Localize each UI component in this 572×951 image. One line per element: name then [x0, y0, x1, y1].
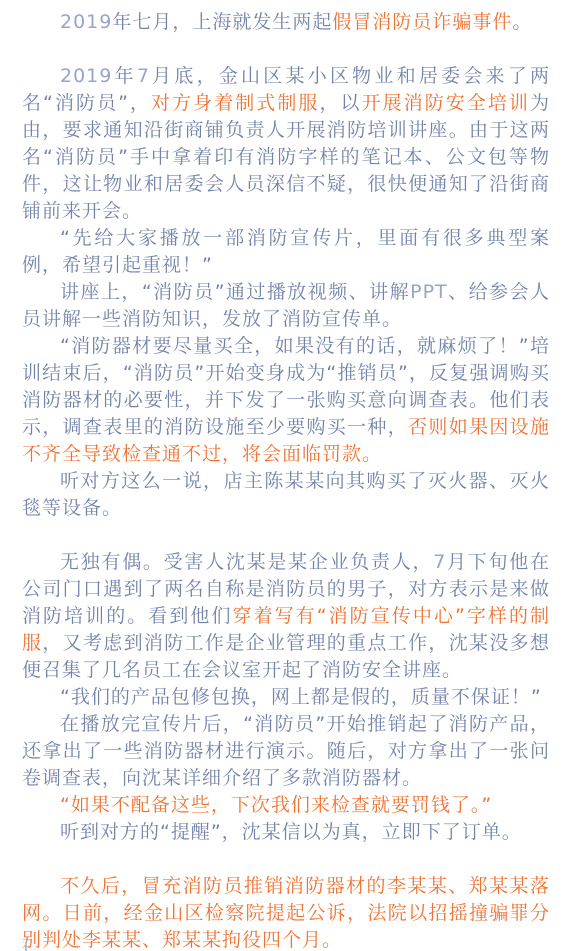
text-segment: 7 — [137, 65, 150, 87]
paragraph-7: 听对方这么一说，店主陈某某向其购买了灭火器、灭火毯等设备。 — [22, 468, 550, 522]
paragraph-13: 听到对方的“提醒”，沈某信以为真，立即下了订单。 — [22, 819, 550, 846]
text-segment: 7 — [433, 551, 446, 573]
text-segment: 在播放完宣传片后，“消防员”开始推销起了消防产品，还拿出了一些消防器材进行演示。… — [22, 713, 550, 789]
paragraph-10: “我们的产品包修包换，网上都是假的，质量不保证！” — [22, 684, 550, 711]
text-segment: “我们的产品包修包换，网上都是假的，质量不保证！” — [60, 686, 542, 708]
paragraph-spacer — [22, 36, 550, 63]
paragraph-9: 无独有偶。受害人沈某是某企业负责人，7月下旬他在公司门口遇到了两名自称是消防员的… — [22, 549, 550, 684]
article-page: 2019年七月，上海就发生两起假冒消防员诈骗事件。2019年7月底，金山区某小区… — [0, 0, 572, 951]
text-segment: 年 — [112, 65, 136, 87]
text-segment: ，以 — [319, 92, 361, 114]
paragraph-11: 在播放完宣传片后，“消防员”开始推销起了消防产品，还拿出了一些消防器材进行演示。… — [22, 711, 550, 792]
paragraph-5: 讲座上，“消防员”通过播放视频、讲解PPT、给参会人员讲解一些消防知识，发放了消… — [22, 279, 550, 333]
paragraph-12: “如果不配备这些，下次我们来检查就要罚钱了。” — [22, 792, 550, 819]
text-segment: 年七月，上海就发生两起 — [112, 11, 332, 33]
text-segment: 。 — [512, 11, 532, 33]
text-segment: 无独有偶。受害人沈某是某企业负责人， — [60, 551, 433, 573]
text-segment: 听到对方的“提醒”，沈某信以为真，立即下了订单。 — [60, 821, 522, 843]
text-segment: ，又考虑到消防工作是企业管理的重点工作，沈某没多想便召集了几名员工在会议室开起了… — [22, 632, 550, 681]
text-segment: 2019 — [60, 11, 112, 33]
paragraph-spacer — [22, 846, 550, 873]
highlight-segment: 不久后，冒充消防员推销消防器材的李某某、郑某某落网。日前，经金山区检察院提起公诉… — [22, 875, 550, 951]
text-caret — [25, 942, 27, 951]
highlight-segment: “如果不配备这些，下次我们来检查就要罚钱了。” — [60, 794, 492, 816]
text-segment: 2019 — [60, 65, 112, 87]
paragraph-3: 2019年7月底，金山区某小区物业和居委会来了两名“消防员”，对方身着制式制服，… — [22, 63, 550, 225]
highlight-segment: 假冒消防员诈骗事件 — [332, 11, 512, 33]
paragraph-15: 不久后，冒充消防员推销消防器材的李某某、郑某某落网。日前，经金山区检察院提起公诉… — [22, 873, 550, 951]
paragraph-6: “消防器材要尽量买全，如果没有的话，就麻烦了！”培训结束后，“消防员”开始变身成… — [22, 333, 550, 468]
paragraph-1: 2019年七月，上海就发生两起假冒消防员诈骗事件。 — [22, 9, 550, 36]
text-segment: “先给大家播放一部消防宣传片，里面有很多典型案例，希望引起重视！” — [22, 227, 550, 276]
article-body: 2019年七月，上海就发生两起假冒消防员诈骗事件。2019年7月底，金山区某小区… — [0, 0, 572, 951]
highlight-segment: 对方身着制式制服 — [151, 92, 319, 114]
paragraph-4: “先给大家播放一部消防宣传片，里面有很多典型案例，希望引起重视！” — [22, 225, 550, 279]
text-segment: 讲座上，“消防员”通过播放视频、讲解 — [60, 281, 410, 303]
highlight-segment: 开展消防安全培训 — [362, 92, 530, 114]
text-segment: 听对方这么一说，店主陈某某向其购买了灭火器、灭火毯等设备。 — [22, 470, 550, 519]
text-segment: PPT — [410, 281, 448, 303]
paragraph-spacer — [22, 522, 550, 549]
